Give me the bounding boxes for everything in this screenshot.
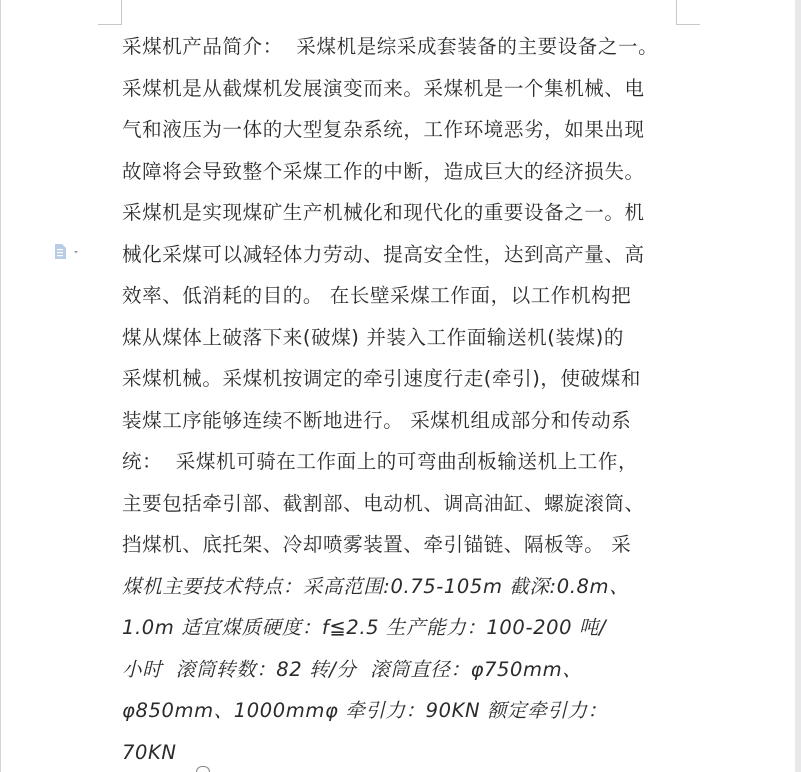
text-line: 煤从煤体上破落下来(破煤) 并装入工作面输送机(装煤)的 — [122, 321, 682, 363]
text-line: 挡煤机、底托架、冷却喷雾装置、牵引锚链、隔板等。 采 — [122, 528, 682, 570]
spec-line: 煤机主要技术特点：采高范围:0.75-105m 截深:0.8m、 — [122, 570, 682, 612]
text-line: 主要包括牵引部、截割部、电动机、调高油缸、螺旋滚筒、 — [122, 487, 682, 529]
caret-down-icon — [74, 251, 78, 254]
document-body[interactable]: 采煤机产品简介： 采煤机是综采成套装备的主要设备之一。 采煤机是从截煤机发展演变… — [122, 30, 682, 772]
vertical-scrollbar[interactable] — [795, 0, 801, 772]
text-line: 装煤工序能够连续不断地进行。 采煤机组成部分和传动系 — [122, 404, 682, 446]
spec-line: 小时 滚筒转数：82 转/分 滚筒直径：φ750mm、 — [122, 653, 682, 695]
text-line: 故障将会导致整个采煤工作的中断，造成巨大的经济损失。 — [122, 155, 682, 197]
text-cursor-mark — [196, 766, 210, 772]
text-line: 械化采煤可以减轻体力劳动、提高安全性，达到高产量、高 — [122, 238, 682, 280]
spec-line: φ850mm、1000mmφ 牵引力：90KN 额定牵引力： — [122, 694, 682, 736]
document-icon — [54, 244, 84, 260]
margin-corner-mark-top-left — [98, 0, 122, 25]
text-line: 采煤机是实现煤矿生产机械化和现代化的重要设备之一。机 — [122, 196, 682, 238]
spec-line: 1.0m 适宜煤质硬度：f≦2.5 生产能力：100-200 吨/ — [122, 611, 682, 653]
text-line: 采煤机产品简介： 采煤机是综采成套装备的主要设备之一。 — [122, 30, 682, 72]
margin-corner-mark-top-right — [676, 0, 700, 25]
text-line: 效率、低消耗的目的。 在长壁采煤工作面，以工作机构把 — [122, 279, 682, 321]
text-line: 采煤机械。采煤机按调定的牵引速度行走(牵引)，使破煤和 — [122, 362, 682, 404]
text-line: 气和液压为一体的大型复杂系统，工作环境恶劣，如果出现 — [122, 113, 682, 155]
text-line: 采煤机是从截煤机发展演变而来。采煤机是一个集机械、电 — [122, 72, 682, 114]
page-left-edge — [0, 0, 1, 772]
text-line: 统： 采煤机可骑在工作面上的可弯曲刮板输送机上工作， — [122, 445, 682, 487]
paragraph-options-button[interactable] — [54, 244, 84, 260]
